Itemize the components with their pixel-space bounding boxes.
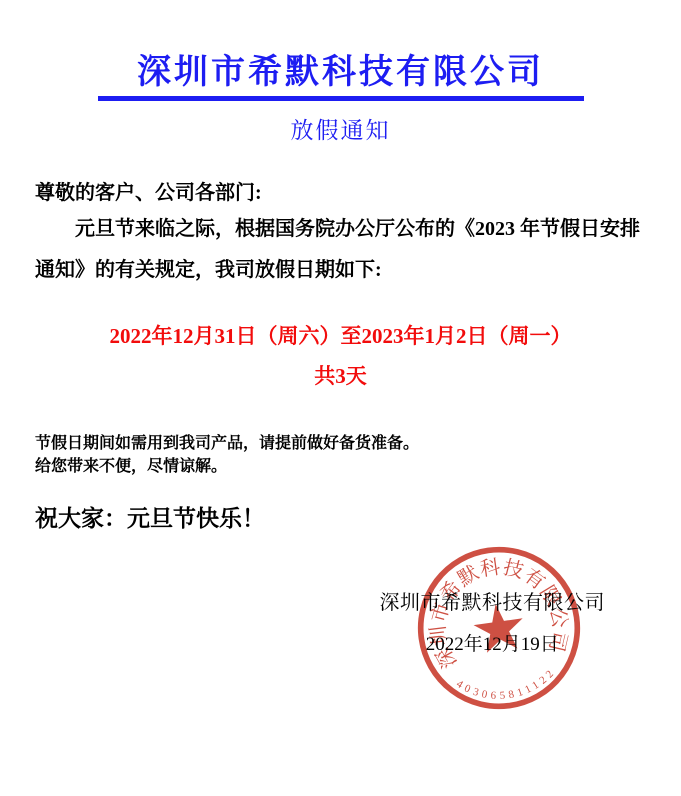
notice-title: 放假通知	[0, 112, 681, 145]
greeting-text: 祝大家：元旦节快乐！	[35, 500, 646, 533]
intro-paragraph: 元旦节来临之际，根据国务院办公厅公布的《2023 年节假日安排通知》的有关规定，…	[35, 209, 646, 291]
holiday-duration-text: 共3天	[35, 363, 646, 390]
holiday-period-text: 2022年12月31日（周六）至2023年1月2日（周一）	[35, 323, 646, 350]
signature-block: 深圳市希默科技有限公司 2022年12月19日	[380, 590, 606, 658]
note-line-1: 节假日期间如需用到我司产品，请提前做好备货准备。	[35, 432, 646, 455]
signature-company: 深圳市希默科技有限公司	[380, 590, 606, 616]
notes-block: 节假日期间如需用到我司产品，请提前做好备货准备。 给您带来不便，尽情谅解。	[35, 432, 646, 478]
company-title: 深圳市希默科技有限公司	[98, 52, 584, 95]
signature-date: 2022年12月19日	[380, 633, 606, 658]
note-line-2: 给您带来不便，尽情谅解。	[35, 455, 646, 478]
holiday-notice-document: 深圳市希默科技有限公司 放假通知 尊敬的客户、公司各部门: 元旦节来临之际，根据…	[0, 0, 681, 796]
title-block: 深圳市希默科技有限公司	[98, 0, 584, 101]
notice-body: 尊敬的客户、公司各部门: 元旦节来临之际，根据国务院办公厅公布的《2023 年节…	[0, 180, 681, 534]
salutation-line: 尊敬的客户、公司各部门:	[35, 180, 646, 206]
title-underline	[98, 96, 584, 101]
